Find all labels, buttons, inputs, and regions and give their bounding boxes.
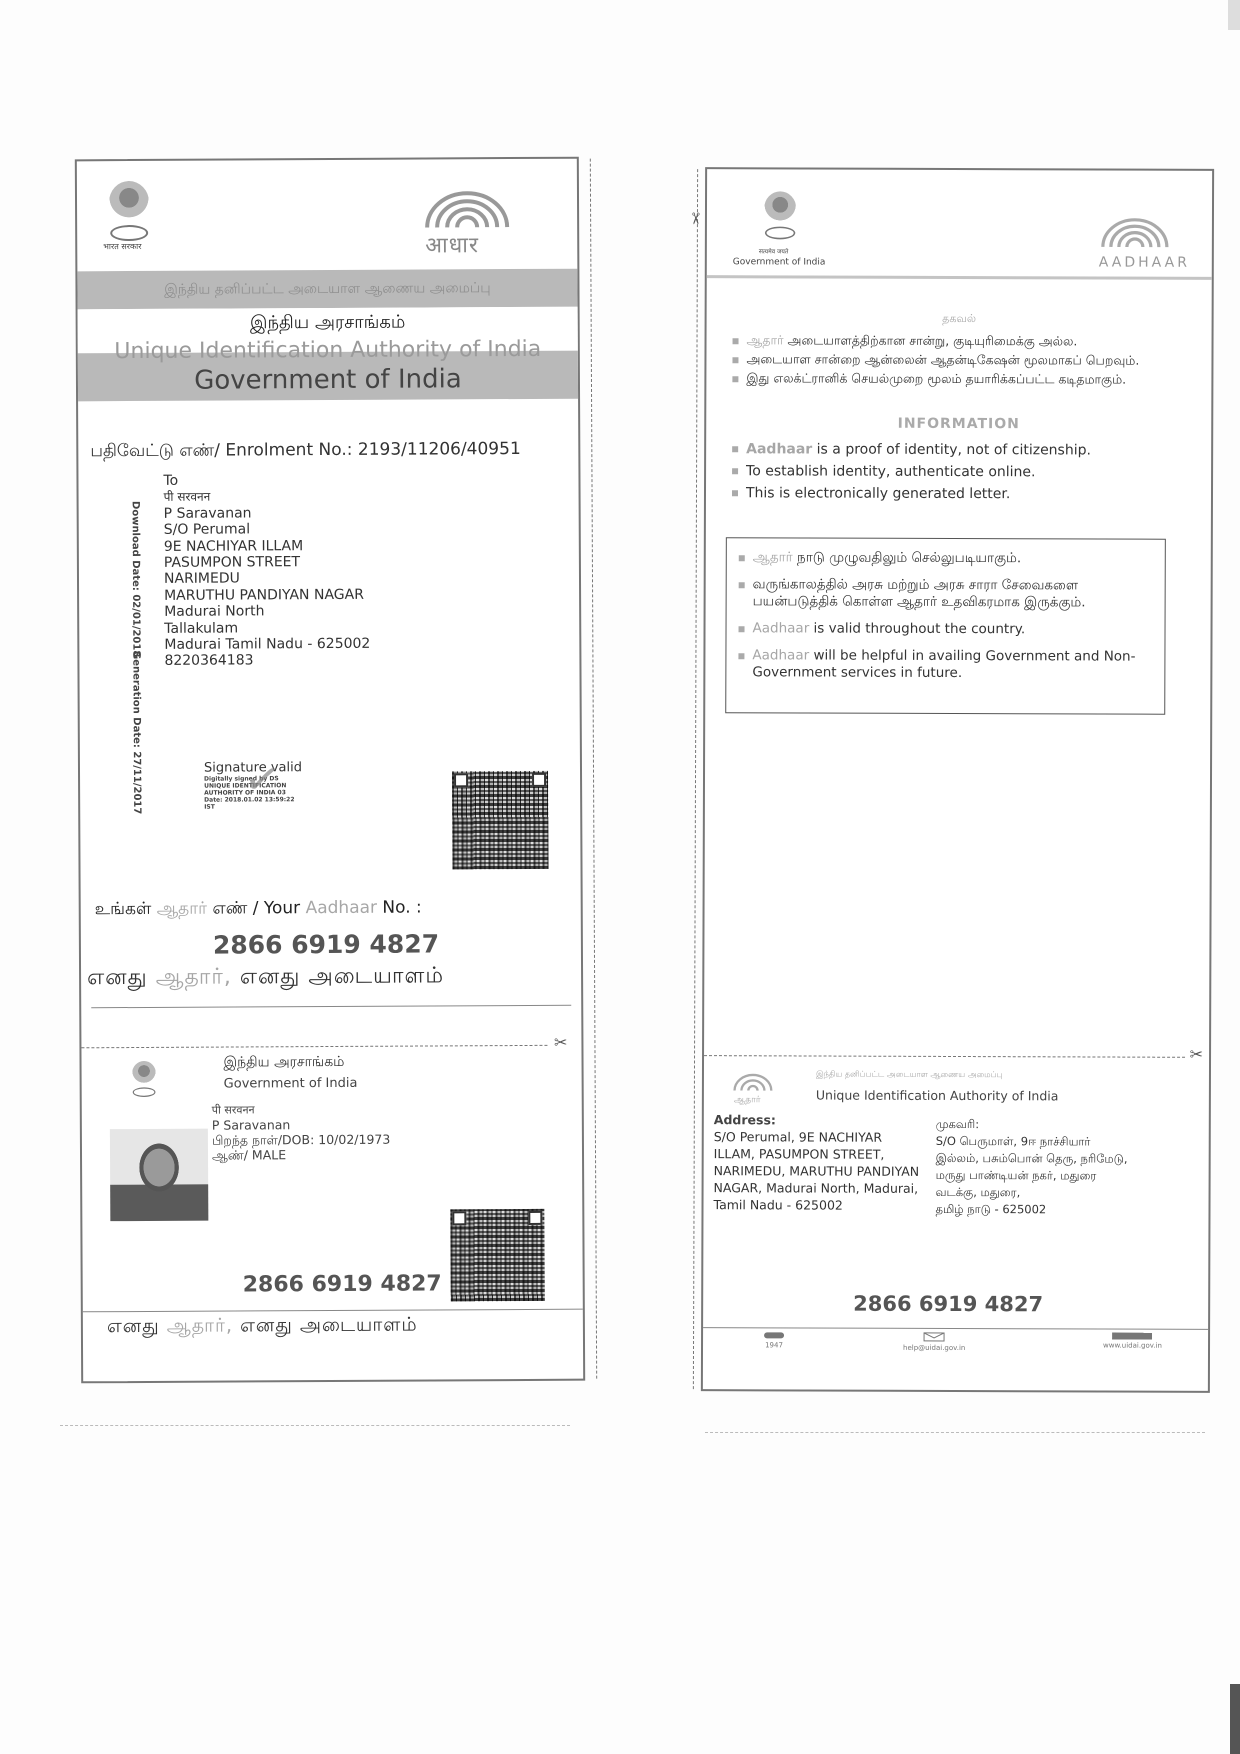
info-text: This is electronically generated letter. <box>746 485 1010 502</box>
card-slogan: எனது ஆதார், எனது அடையாளம் <box>107 1314 418 1341</box>
address-line: இல்லம், பசும்பொன் தெரு, நரிமேடு, <box>936 1150 1128 1168</box>
header-band-bottom: Unique Identification Authority of India… <box>78 337 578 402</box>
info-list-tamil: ஆதார் அடையாளத்திற்கான சான்று, குடியுரிமை… <box>730 329 1200 391</box>
header-band-mid: இந்திய அரசாங்கம் <box>78 307 578 340</box>
cut-line <box>704 1055 1185 1058</box>
emblem-icon <box>130 1061 159 1103</box>
cut-line-vertical <box>590 159 597 1379</box>
slogan-part: எனது <box>87 965 148 990</box>
info-text: will be helpful in availing Government a… <box>752 647 1135 681</box>
address-to: To <box>163 472 369 489</box>
address-phone: 8220364183 <box>164 652 370 669</box>
slogan: எனது ஆதார், எனது அடையாளம் <box>87 963 444 993</box>
card-gov-tamil: இந்திய அரசாங்கம் <box>223 1054 344 1073</box>
card-gov-en: Government of India <box>224 1076 358 1092</box>
card-gender: ஆண்/ MALE <box>212 1147 390 1163</box>
slogan-part: எனது அடையாளம் <box>240 963 444 989</box>
validity-box: ஆதார் நாடு முழுவதிலும் செல்லுபடியாகும். … <box>725 537 1166 715</box>
phone-icon <box>763 1331 785 1339</box>
info-faint: Aadhaar <box>746 441 812 457</box>
scan-artifact <box>1228 0 1240 30</box>
address-ta: முகவரி: S/O பெருமாள், 9ஈ நாச்சியார் இல்ல… <box>935 1116 1127 1219</box>
label-part: உங்கள் <box>95 899 152 919</box>
card-aadhaar-number: 2866 6919 4827 <box>243 1271 442 1297</box>
info-item: Aadhaar is a proof of identity, not of c… <box>730 440 1200 461</box>
label-part: No. : <box>382 898 421 918</box>
your-aadhaar-label: உங்கள் ஆதார் எண் / Your Aadhaar No. : <box>95 898 422 922</box>
aadhaar-logo-icon <box>730 1071 776 1093</box>
address-line: NARIMEDU, MARUTHU PANDIYAN <box>714 1162 920 1180</box>
aadhaar-logo-icon <box>417 189 517 230</box>
qr-code <box>452 771 549 870</box>
header-uidai: Unique Identification Authority of India <box>78 337 578 366</box>
header-tamil-gov: இந்திய அரசாங்கம் <box>78 307 578 340</box>
slogan-part: ஆதார், <box>156 965 232 990</box>
address-line: Madurai North <box>164 603 370 620</box>
header-divider <box>707 275 1212 280</box>
info-item: இது எலக்ட்ரானிக் செயல்முறை மூலம் தயாரிக்… <box>730 370 1200 388</box>
aadhaar-logo-text: आधार <box>425 229 479 259</box>
uidai-tamil: இந்திய தனிப்பட்ட அடையாள ஆணைய அமைப்பு <box>816 1070 1003 1081</box>
slogan-part: எனது <box>107 1315 160 1337</box>
address-line: NARIMEDU <box>164 570 370 587</box>
scan-artifact <box>705 1432 1205 1433</box>
digital-signature: ✓ Signature valid Digitally signed by DS… <box>204 760 302 811</box>
card-name-hindi: पी सरवनन <box>212 1102 390 1118</box>
validity-item: Aadhaar will be helpful in availing Gove… <box>736 647 1154 682</box>
address-line: Tamil Nadu - 625002 <box>713 1196 919 1214</box>
info-faint: ஆதார் <box>747 332 784 347</box>
address-line: S/O Perumal <box>164 521 370 538</box>
header-gov: Government of India <box>78 363 578 398</box>
address-label-ta: முகவரி: <box>936 1116 1128 1134</box>
validity-list: ஆதார் நாடு முழுவதிலும் செல்லுபடியாகும். … <box>736 549 1154 682</box>
aadhaar-letter-back: ✂ सत्यमेव जयते Government of India AADHA… <box>701 167 1214 1393</box>
info-text: is valid throughout the country. <box>809 620 1025 637</box>
aadhaar-logo-icon <box>1095 214 1175 250</box>
scissors-icon: ✂ <box>554 1033 568 1052</box>
info-list-en: Aadhaar is a proof of identity, not of c… <box>730 437 1200 508</box>
info-heading-en: INFORMATION <box>706 415 1211 433</box>
address-line: மருது பாண்டியன் நகர், மதுரை <box>936 1167 1128 1185</box>
address-line: PASUMPON STREET <box>164 554 370 571</box>
validity-item: Aadhaar is valid throughout the country. <box>736 620 1154 638</box>
validity-item: ஆதார் நாடு முழுவதிலும் செல்லுபடியாகும். <box>737 549 1155 567</box>
emblem-icon <box>761 191 800 247</box>
card-name: P Saravanan <box>212 1117 390 1133</box>
web-icon <box>1113 1333 1153 1340</box>
slogan-part: எனது அடையாளம் <box>240 1314 418 1337</box>
card-dob: பிறந்த நாள்/DOB: 10/02/1973 <box>212 1132 390 1148</box>
info-text: வருங்காலத்தில் அரசு மற்றும் அரசு சாரா சே… <box>753 576 1086 610</box>
address-name: P Saravanan <box>164 505 370 522</box>
info-heading-tamil: தகவல் <box>707 311 1212 328</box>
download-date: Download Date: 02/01/2018 <box>130 501 142 657</box>
info-text: To establish identity, authenticate onli… <box>746 463 1035 480</box>
label-part: எண் / Your <box>212 898 300 918</box>
holder-photo <box>110 1129 208 1222</box>
aadhaar-number: 2866 6919 4827 <box>213 929 439 959</box>
address-name-hindi: पी सरवनन <box>164 488 370 505</box>
enrolment-value: 2193/11206/40951 <box>358 439 521 460</box>
info-text: is a proof of identity, not of citizensh… <box>812 441 1091 458</box>
aadhaar-letter-front: भारत सरकार आधार இந்திய தனிப்பட்ட அடையாள … <box>75 157 585 1384</box>
address-line: வடக்கு, மதுரை, <box>936 1184 1128 1202</box>
divider <box>83 1309 583 1313</box>
generation-date: Generation Date: 27/11/2017 <box>130 651 142 814</box>
address-line: தமிழ் நாடு - 625002 <box>935 1201 1127 1219</box>
info-text: இது எலக்ட்ரானிக் செயல்முறை மூலம் தயாரிக்… <box>746 370 1126 386</box>
address-line: NAGAR, Madurai North, Madurai, <box>714 1179 920 1197</box>
footer-web-text: www.uidai.gov.in <box>1103 1342 1162 1350</box>
info-text: அடையாளத்திற்கான சான்று, குடியுரிமைக்கு அ… <box>784 332 1078 348</box>
enrolment-label: பதிவேட்டு எண்/ Enrolment No.: <box>90 440 352 461</box>
card-aadhaar-number: 2866 6919 4827 <box>853 1292 1043 1317</box>
address-line: Tallakulam <box>164 619 370 636</box>
address-line: 9E NACHIYAR ILLAM <box>164 537 370 554</box>
mail-icon <box>923 1332 945 1342</box>
card-holder-info: पी सरवनन P Saravanan பிறந்த நாள்/DOB: 10… <box>212 1102 391 1163</box>
footer-email-text: help@uidai.gov.in <box>903 1344 965 1352</box>
label-part: ஆதார் <box>157 899 207 919</box>
aadhaar-logo-text: AADHAAR <box>1099 254 1190 270</box>
header-band-top: இந்திய தனிப்பட்ட அடையாள ஆணைய அமைப்பு <box>77 269 577 310</box>
enrolment-number: பதிவேட்டு எண்/ Enrolment No.: 2193/11206… <box>90 439 521 463</box>
info-faint: Aadhaar <box>752 647 809 663</box>
address-line: Madurai Tamil Nadu - 625002 <box>164 636 370 653</box>
label-part: Aadhaar <box>305 898 377 918</box>
info-faint: Aadhaar <box>753 620 810 636</box>
uidai-en: Unique Identification Authority of India <box>816 1088 1059 1104</box>
emblem-caption: भारत सरकार <box>103 241 141 252</box>
cut-line-vertical <box>693 169 698 1389</box>
header-tamil-authority: இந்திய தனிப்பட்ட அடையாள ஆணைய அமைப்பு <box>77 269 577 310</box>
info-text: அடையாள சான்றை ஆன்லைன் ஆதன்டிகேஷன் மூலமாக… <box>746 351 1139 367</box>
scan-artifact <box>60 1425 570 1426</box>
address-line: ILLAM, PASUMPON STREET, <box>714 1145 920 1163</box>
cut-line <box>81 1045 547 1048</box>
scissors-icon: ✂ <box>1190 1045 1203 1064</box>
slogan-part: ஆதார், <box>167 1315 233 1337</box>
footer-phone: 1947 <box>763 1331 785 1349</box>
info-item: ஆதார் அடையாளத்திற்கான சான்று, குடியுரிமை… <box>731 332 1201 350</box>
footer-web: www.uidai.gov.in <box>1103 1333 1162 1350</box>
info-item: அடையாள சான்றை ஆன்லைன் ஆதன்டிகேஷன் மூலமாக… <box>730 351 1200 369</box>
address-line: S/O Perumal, 9E NACHIYAR <box>714 1128 920 1146</box>
address-line: MARUTHU PANDIYAN NAGAR <box>164 587 370 604</box>
scissors-icon: ✂ <box>686 212 705 225</box>
footer-phone-text: 1947 <box>765 1341 783 1349</box>
recipient-address: To पी सरवनन P Saravanan S/O Perumal 9E N… <box>163 472 370 670</box>
emblem-caption: सत्यमेव जयते <box>759 247 788 255</box>
aadhaar-logo-caption: ஆதார் <box>734 1095 761 1106</box>
card-qr-code <box>450 1209 544 1301</box>
divider <box>91 1005 571 1009</box>
footer-email: help@uidai.gov.in <box>903 1332 965 1352</box>
info-item: This is electronically generated letter. <box>730 484 1200 505</box>
validity-item: வருங்காலத்தில் அரசு மற்றும் அரசு சாரா சே… <box>737 576 1155 611</box>
info-text: நாடு முழுவதிலும் செல்லுபடியாகும். <box>793 549 1021 566</box>
scan-artifact <box>1230 1684 1240 1754</box>
info-faint: ஆதார் <box>753 549 793 565</box>
address-en: Address: S/O Perumal, 9E NACHIYAR ILLAM,… <box>713 1111 919 1214</box>
divider <box>703 1327 1208 1330</box>
address-label-en: Address: <box>714 1111 920 1129</box>
info-item: To establish identity, authenticate onli… <box>730 462 1200 483</box>
address-line: S/O பெருமாள், 9ஈ நாச்சியார் <box>936 1133 1128 1151</box>
gov-caption: Government of India <box>733 257 826 267</box>
